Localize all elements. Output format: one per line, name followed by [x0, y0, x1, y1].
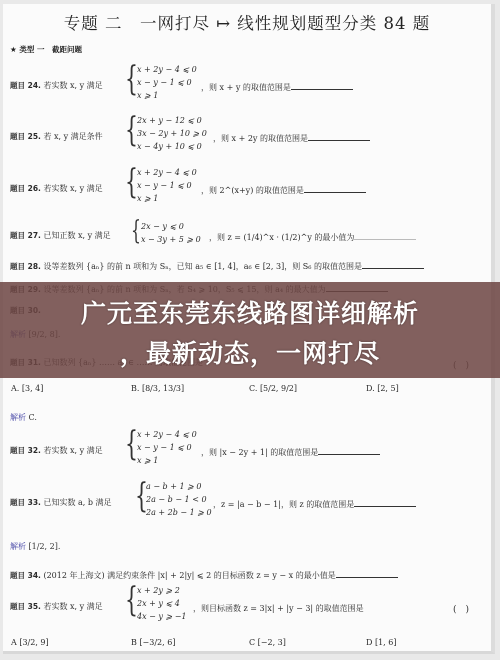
problem-tail: ，则 |x − 2y + 1| 的取值范围是	[201, 447, 380, 458]
problem-tail: ，则 2^(x+y) 的取值范围是	[201, 185, 366, 196]
answer-blank	[304, 185, 366, 193]
constraint-system: x + 2y − 4 ⩽ 0 x − y − 1 ⩽ 0 x ⩾ 1	[137, 166, 197, 205]
brace-icon: {	[131, 218, 141, 244]
answer-blank	[354, 499, 416, 507]
problem-28: 题目 28. 设等差数列 {aₙ} 的前 n 项和为 Sₙ，已知 a₅ ∈ [1…	[10, 261, 424, 271]
section-heading: ★ 类型 一 截距问题	[10, 44, 82, 55]
constraint-system: x + 2y − 4 ⩽ 0 x − y − 1 ⩽ 0 x ⩾ 1	[137, 63, 197, 102]
solution-33: 解析 [1/2, 2].	[10, 541, 60, 552]
problem-lead: 若 x, y 满足条件	[43, 132, 102, 141]
answer-blank	[354, 232, 416, 240]
problem-lead: 已知实数 a, b 满足	[43, 498, 111, 507]
problem-34: 题目 34. (2012 年上海文) 满足约束条件 |x| + 2|y| ⩽ 2…	[10, 570, 398, 580]
answer-blank	[291, 82, 353, 90]
constraint-system: x + 2y − 4 ⩽ 0 x − y − 1 ⩽ 0 x ⩾ 1	[137, 428, 197, 467]
problem-26: 题目 26. 若实数 x, y 满足	[10, 185, 103, 193]
answer-blank	[336, 570, 398, 578]
headline-overlay: 广元至东莞东线路图详细解析 ，最新动态，一网打尽	[0, 282, 500, 378]
problem-label: 题目 25.	[10, 132, 41, 141]
problem-label: 题目 33.	[10, 498, 41, 507]
problem-label: 题目 27.	[10, 231, 41, 240]
option-d: D. [2, 5]	[366, 384, 399, 393]
document-title: 专题 二 一网打尽 ↦ 线性规划题型分类 84 题	[3, 10, 491, 34]
problem-33: 题目 33. 已知实数 a, b 满足	[10, 499, 112, 507]
answer-blank	[362, 261, 424, 269]
problem-text: (2012 年上海文) 满足约束条件 |x| + 2|y| ⩽ 2 的目标函数 …	[43, 571, 335, 580]
constraint-system: 2x + y − 12 ⩽ 0 3x − 2y + 10 ⩾ 0 x − 4y …	[137, 114, 207, 153]
option-c: C. [5/2, 9/2]	[249, 384, 297, 393]
option-a: A [3/2, 9]	[11, 638, 49, 647]
problem-tail: ，z = |a − b − 1|，则 z 的取值范围是	[213, 499, 416, 510]
option-d: D [1, 6]	[366, 638, 396, 647]
problem-32: 题目 32. 若实数 x, y 满足	[10, 447, 103, 455]
headline-line-2: ，最新动态，一网打尽	[0, 334, 500, 370]
answer-paren: ( )	[453, 602, 469, 615]
problem-lead: 若实数 x, y 满足	[43, 184, 102, 193]
problem-tail: ，则目标函数 z = 3|x| + |y − 3| 的取值范围是	[193, 603, 364, 614]
problem-tail: ，则 z = (1/4)^x · (1/2)^y 的最小值为	[209, 232, 416, 243]
problem-35: 题目 35. 若实数 x, y 满足	[10, 603, 103, 611]
problem-tail: ，则 x + y 的取值范围是	[201, 82, 353, 93]
constraint-system: 2x − y ⩽ 0 x − 3y + 5 ⩾ 0	[141, 220, 201, 246]
problem-27: 题目 27. 已知正数 x, y 满足	[10, 232, 111, 240]
headline-line-1: 广元至东莞东线路图详细解析	[0, 294, 500, 330]
problem-tail: ，则 x + 2y 的取值范围是	[213, 133, 370, 144]
answer-blank	[308, 133, 370, 141]
option-b: B [−3/2, 6]	[131, 638, 175, 647]
solution-31: 解析 C.	[10, 412, 37, 423]
problem-label: 题目 35.	[10, 602, 41, 611]
option-c: C [−2, 3]	[249, 638, 286, 647]
problem-label: 题目 24.	[10, 81, 41, 90]
option-b: B. [8/3, 13/3]	[131, 384, 184, 393]
problem-label: 题目 26.	[10, 184, 41, 193]
option-a: A. [3, 4]	[11, 384, 43, 393]
problem-label: 题目 32.	[10, 446, 41, 455]
problem-25: 题目 25. 若 x, y 满足条件	[10, 133, 103, 141]
constraint-system: x + 2y ⩾ 2 2x + y ⩽ 4 4x − y ⩾ −1	[137, 584, 187, 623]
problem-text: 设等差数列 {aₙ} 的前 n 项和为 Sₙ，已知 a₅ ∈ [1, 4]，a₆…	[43, 262, 362, 271]
problem-label: 题目 34.	[10, 571, 41, 580]
problem-lead: 若实数 x, y 满足	[43, 81, 102, 90]
constraint-system: a − b + 1 ⩾ 0 2a − b − 1 < 0 2a + 2b − 1…	[146, 480, 212, 519]
problem-24: 题目 24. 若实数 x, y 满足	[10, 82, 103, 90]
problem-lead: 若实数 x, y 满足	[43, 446, 102, 455]
problem-lead: 若实数 x, y 满足	[43, 602, 102, 611]
problem-lead: 已知正数 x, y 满足	[43, 231, 110, 240]
answer-blank	[318, 447, 380, 455]
problem-label: 题目 28.	[10, 262, 41, 271]
